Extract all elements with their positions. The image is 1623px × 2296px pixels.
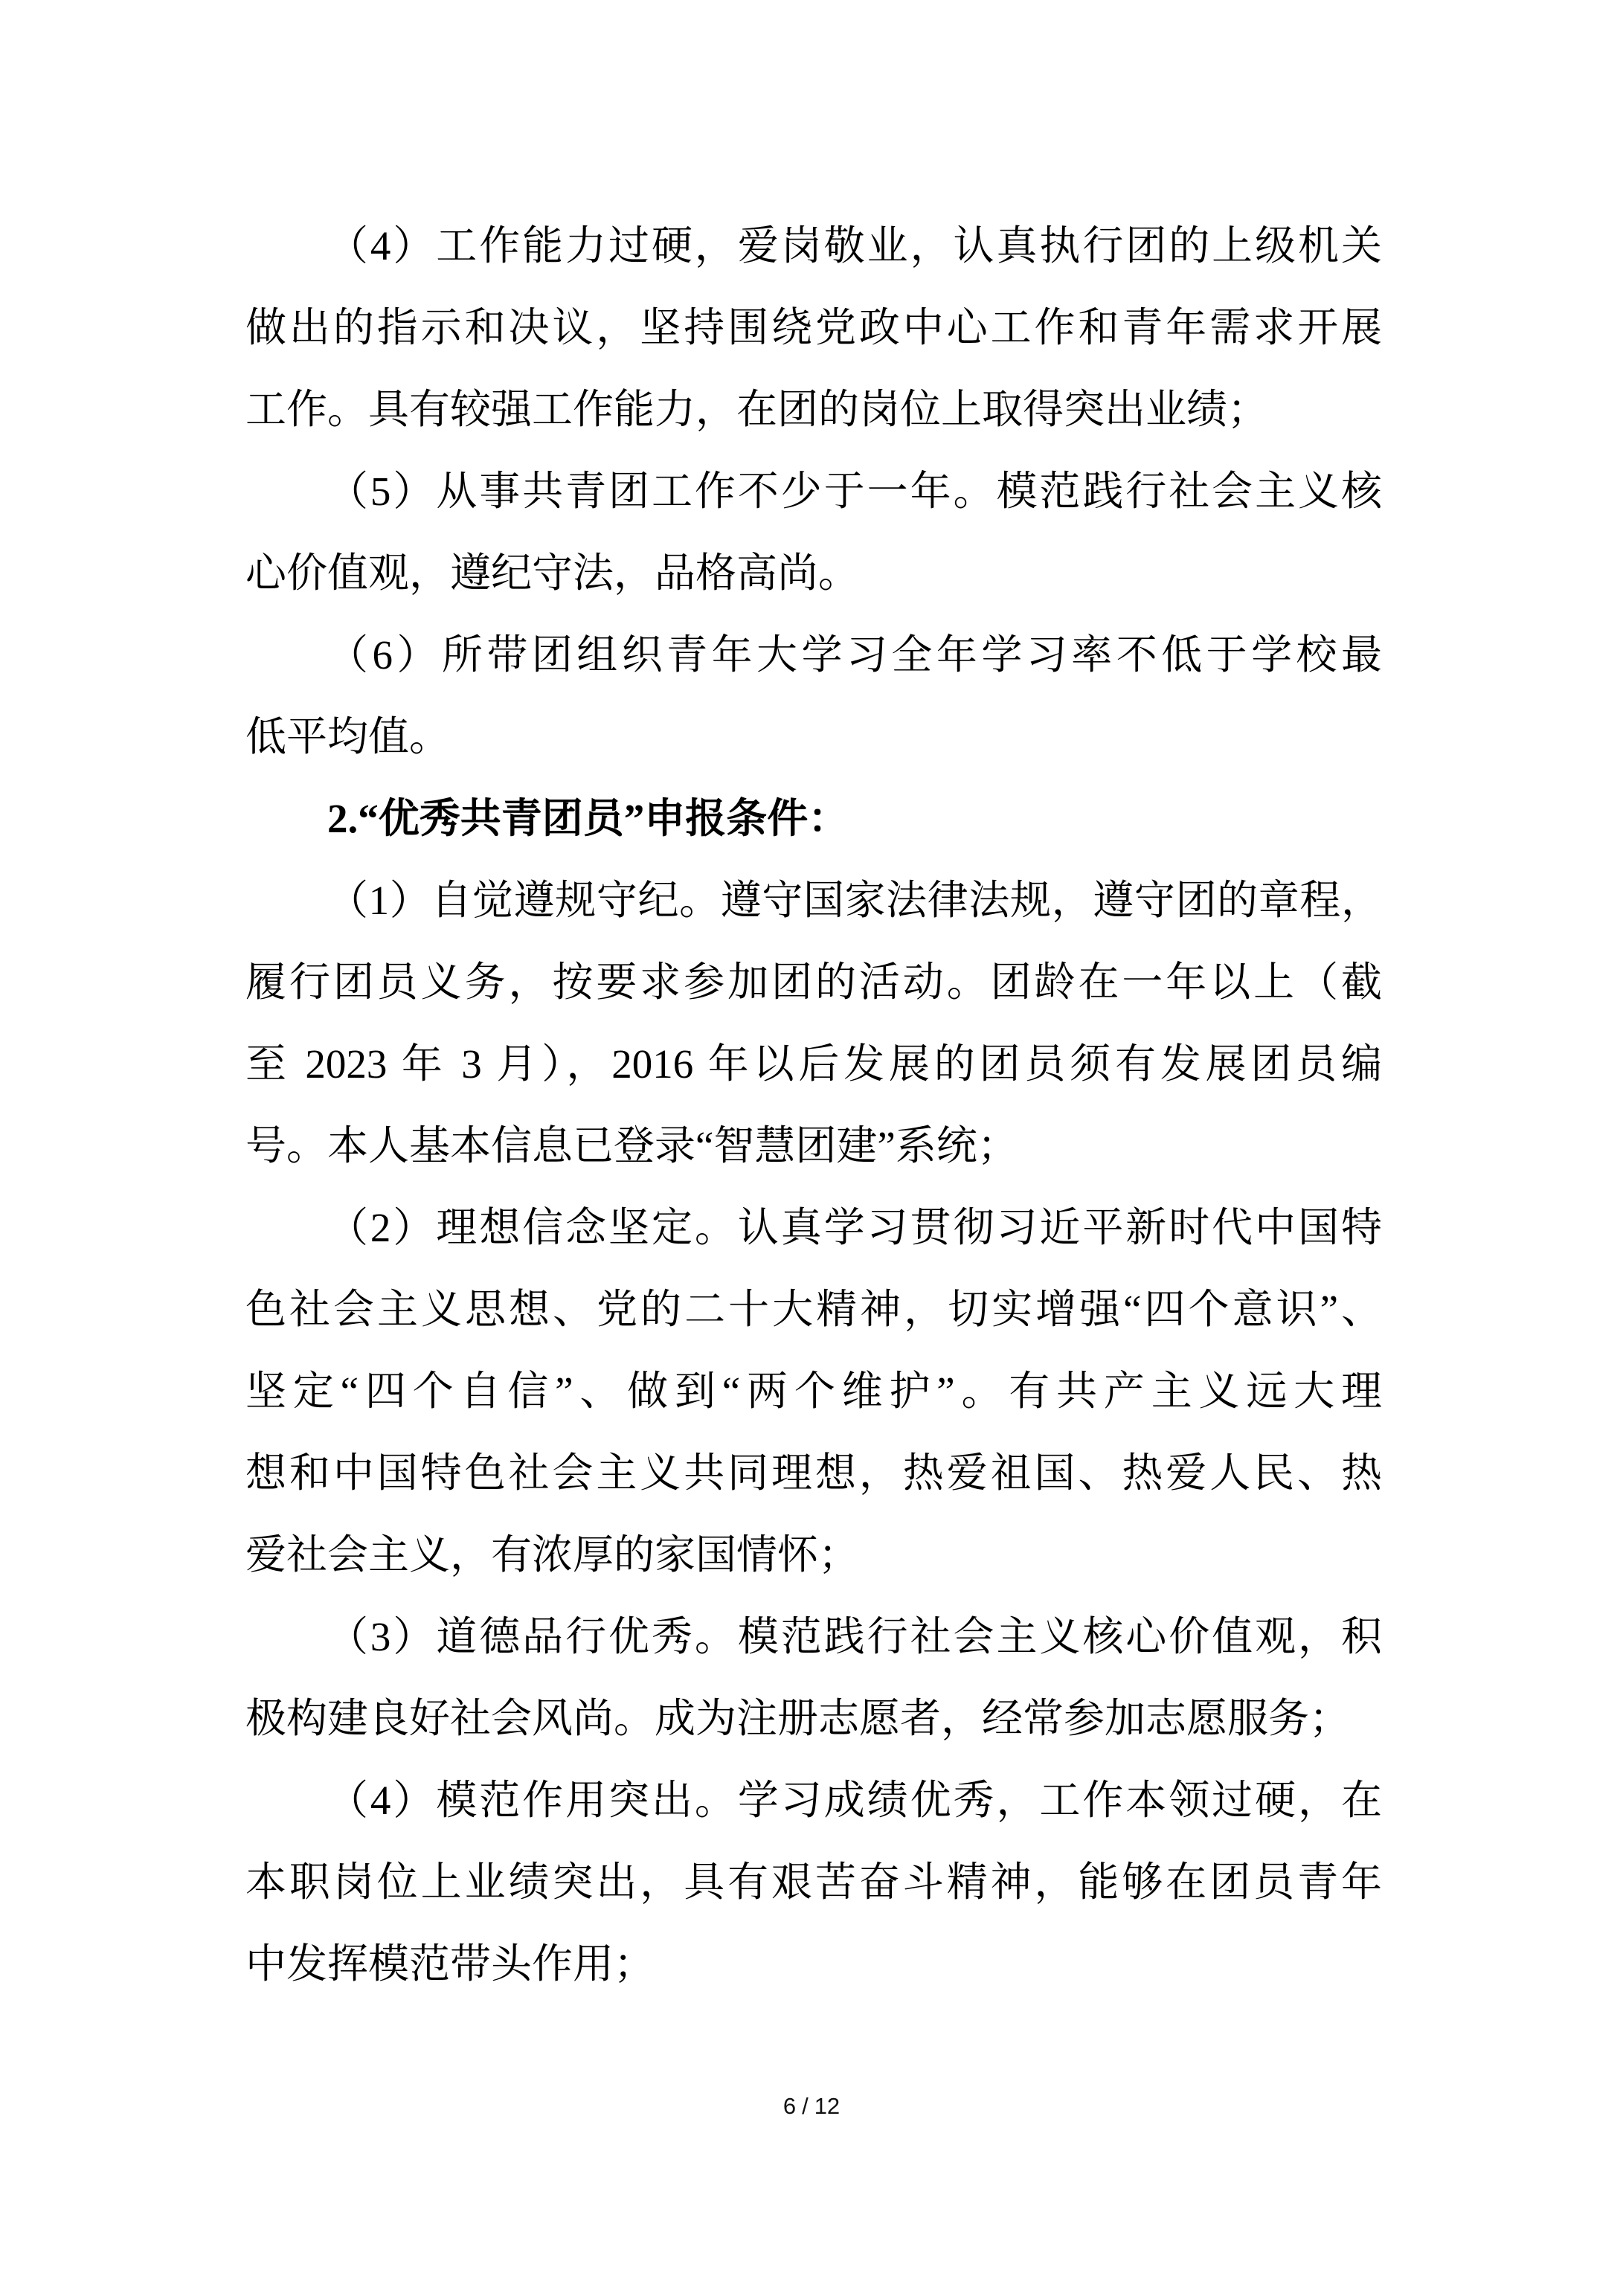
text-line: 想和中国特色社会主义共同理想，热爱祖国、热爱人民、热 (245, 1432, 1382, 1514)
text-line: （4）工作能力过硬，爱岗敬业，认真执行团的上级机关 (245, 205, 1382, 287)
text-line: 中发挥模范带头作用； (245, 1923, 1382, 2005)
paragraph-criteria-6: （6）所带团组织青年大学习全年学习率不低于学校最 低平均值。 (245, 614, 1382, 778)
text-line: 履行团员义务，按要求参加团的活动。团龄在一年以上（截 (245, 942, 1382, 1023)
page-number-total: 12 (811, 2093, 843, 2119)
text-line: （3）道德品行优秀。模范践行社会主义核心价值观，积 (245, 1596, 1382, 1678)
paragraph-criteria-5: （5）从事共青团工作不少于一年。模范践行社会主义核 心价值观，遵纪守法，品格高尚… (245, 451, 1382, 614)
text-line: （1）自觉遵规守纪。遵守国家法律法规，遵守团的章程， (245, 860, 1382, 942)
document-page: （4）工作能力过硬，爱岗敬业，认真执行团的上级机关 做出的指示和决议，坚持围绕党… (0, 0, 1623, 2296)
text-line: 工作。具有较强工作能力，在团的岗位上取得突出业绩； (245, 369, 1382, 451)
text-line: 坚定“四个自信”、做到“两个维护”。有共产主义远大理 (245, 1351, 1382, 1432)
text-line: 号。本人基本信息已登录“智慧团建”系统； (245, 1105, 1382, 1187)
text-line: 心价值观，遵纪守法，品格高尚。 (245, 533, 1382, 614)
document-body: （4）工作能力过硬，爱岗敬业，认真执行团的上级机关 做出的指示和决议，坚持围绕党… (245, 205, 1382, 2005)
text-line: 极构建良好社会风尚。成为注册志愿者，经常参加志愿服务； (245, 1678, 1382, 1760)
text-line: 低平均值。 (245, 696, 1382, 778)
text-line: 本职岗位上业绩突出，具有艰苦奋斗精神，能够在团员青年 (245, 1842, 1382, 1923)
section-heading-outstanding-member: 2.“优秀共青团员”申报条件： (245, 778, 1382, 860)
text-line: 爱社会主义，有浓厚的家国情怀； (245, 1514, 1382, 1596)
text-line: （2）理想信念坚定。认真学习贯彻习近平新时代中国特 (245, 1187, 1382, 1269)
page-number-separator: / (799, 2093, 811, 2119)
text-line: （4）模范作用突出。学习成绩优秀，工作本领过硬，在 (245, 1760, 1382, 1842)
paragraph-condition-4: （4）模范作用突出。学习成绩优秀，工作本领过硬，在 本职岗位上业绩突出，具有艰苦… (245, 1760, 1382, 2005)
text-line: （5）从事共青团工作不少于一年。模范践行社会主义核 (245, 451, 1382, 533)
paragraph-condition-2: （2）理想信念坚定。认真学习贯彻习近平新时代中国特 色社会主义思想、党的二十大精… (245, 1187, 1382, 1596)
paragraph-condition-3: （3）道德品行优秀。模范践行社会主义核心价值观，积 极构建良好社会风尚。成为注册… (245, 1596, 1382, 1760)
page-footer: 6/12 (0, 2091, 1623, 2121)
text-line: 色社会主义思想、党的二十大精神，切实增强“四个意识”、 (245, 1269, 1382, 1351)
text-line: （6）所带团组织青年大学习全年学习率不低于学校最 (245, 614, 1382, 696)
text-line: 至 2023 年 3 月），2016 年以后发展的团员须有发展团员编 (245, 1023, 1382, 1105)
paragraph-condition-1: （1）自觉遵规守纪。遵守国家法律法规，遵守团的章程， 履行团员义务，按要求参加团… (245, 860, 1382, 1187)
text-line: 做出的指示和决议，坚持围绕党政中心工作和青年需求开展 (245, 287, 1382, 369)
heading-line: 2.“优秀共青团员”申报条件： (245, 778, 1382, 860)
paragraph-criteria-4: （4）工作能力过硬，爱岗敬业，认真执行团的上级机关 做出的指示和决议，坚持围绕党… (245, 205, 1382, 451)
page-number-current: 6 (780, 2093, 799, 2119)
